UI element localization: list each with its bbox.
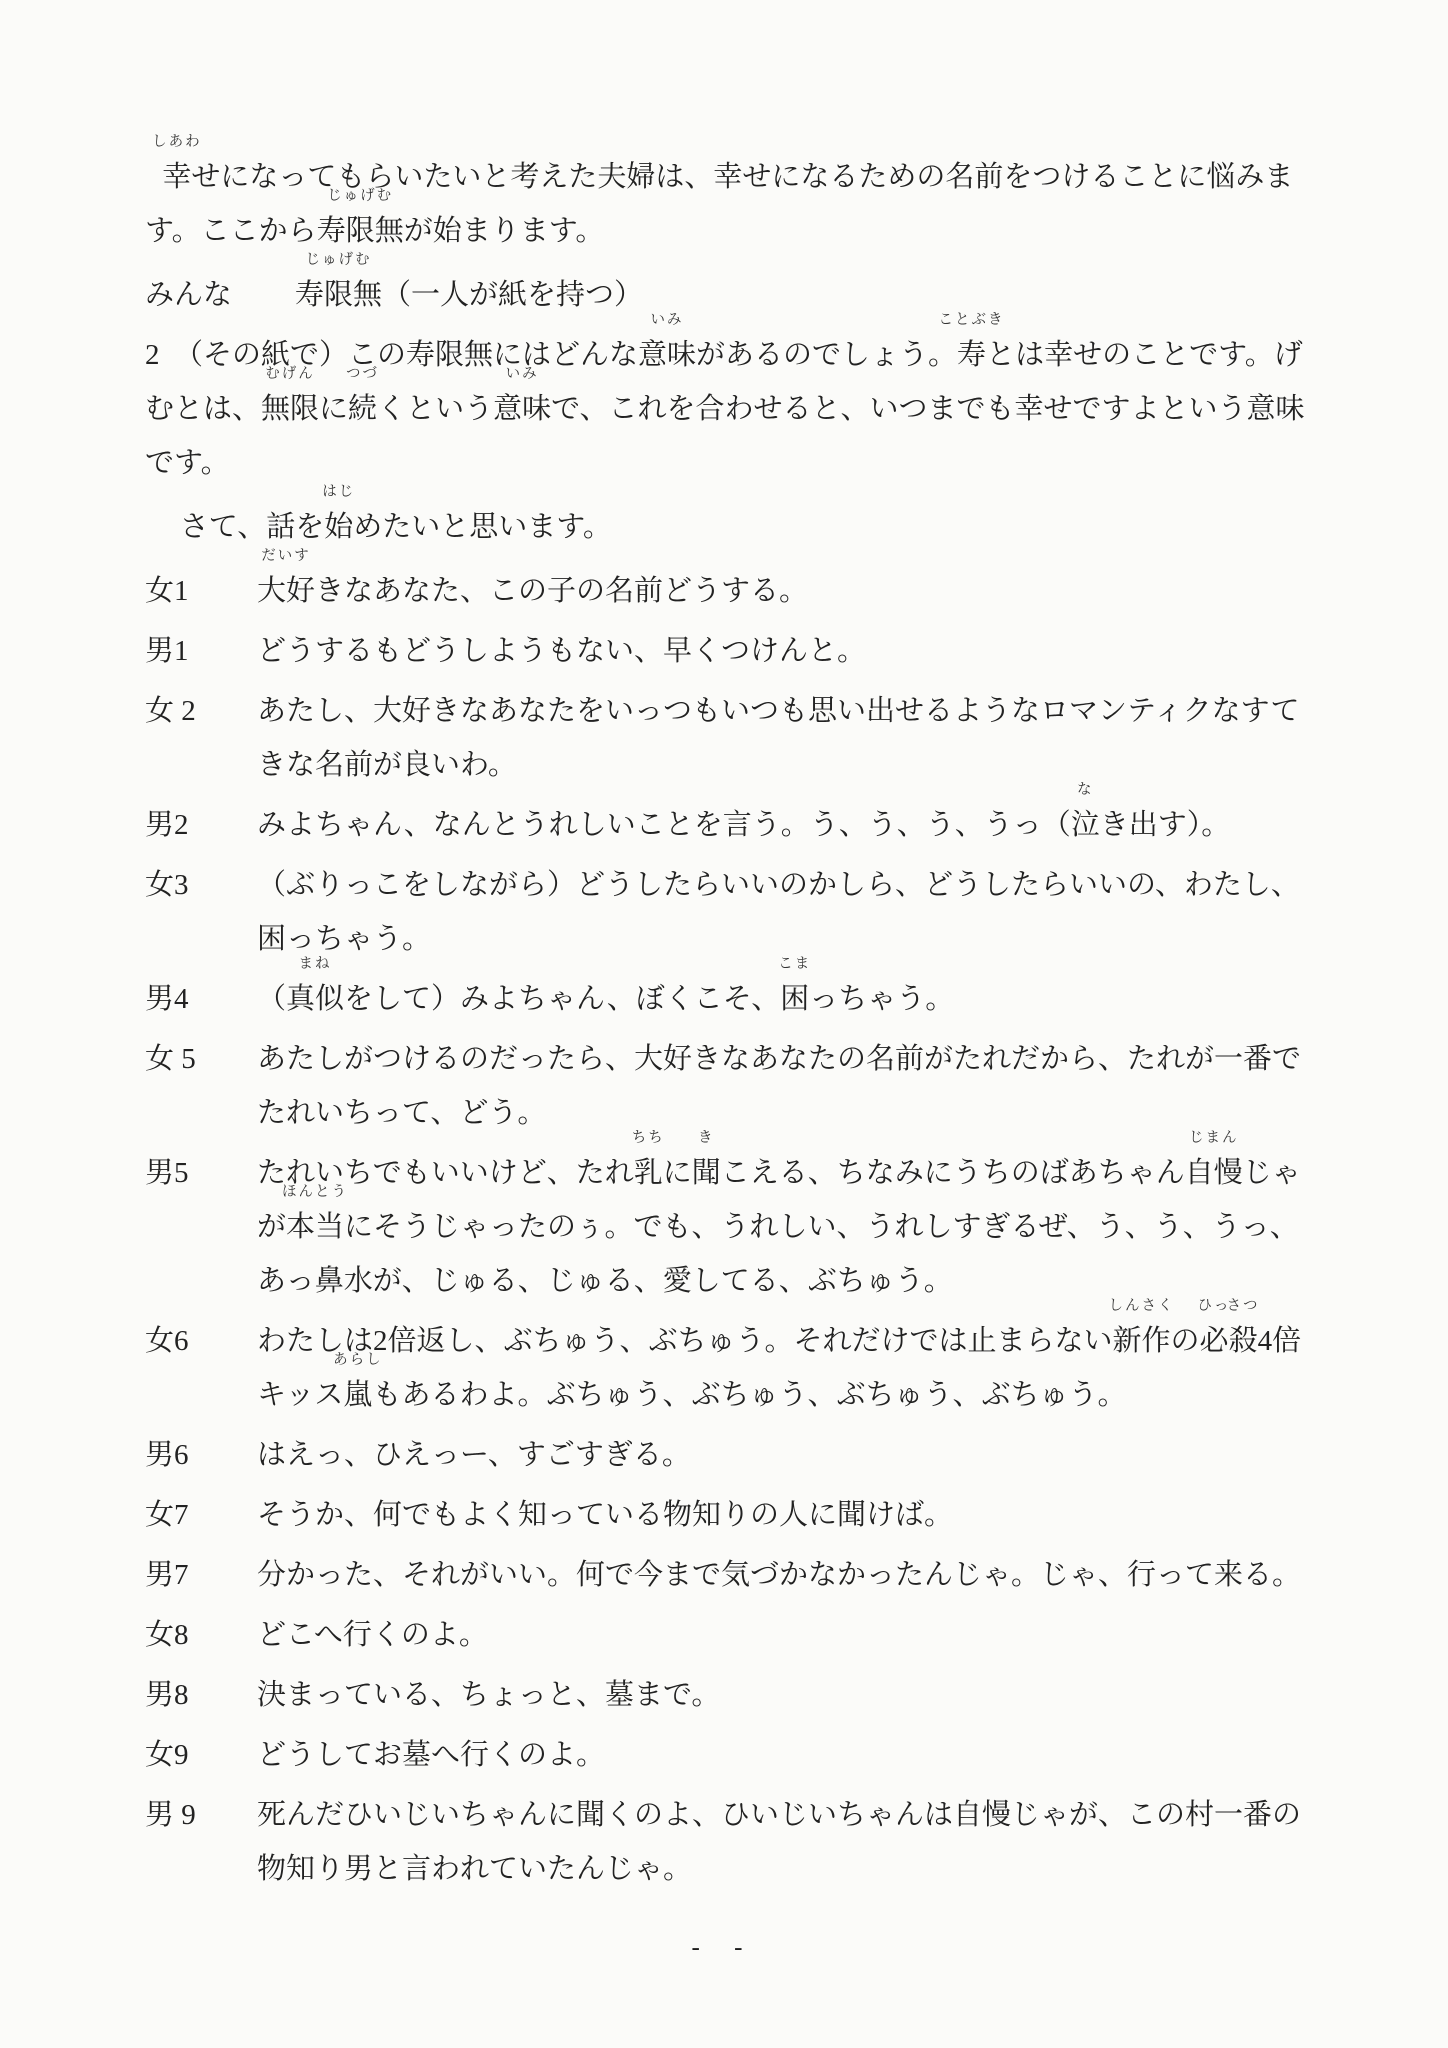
dialogue-text: あたし、大好きなあなたをいっつもいつも思い出せるようなロマンティクなすてきな名前… — [257, 684, 1317, 792]
furigana-term: 始はじ — [324, 500, 353, 554]
dialogue-row: 女1大好だいすきなあなた、この子の名前どうする。 — [145, 564, 1317, 618]
dialogue-text: 分かった、それがいい。何で今まで気づかなかったんじゃ。じゃ、行って来る。 — [257, 1548, 1317, 1602]
dialogue-text: たれいちでもいいけど、たれ乳ちちに聞きこえる、ちなみにうちのばあちゃん自慢じまん… — [257, 1146, 1317, 1308]
speaker-label: 女8 — [145, 1608, 257, 1662]
furigana-term: 泣な — [1071, 798, 1100, 852]
dialogue-text: 寿限無じゅげむ（一人が紙を持つ） — [295, 268, 1317, 322]
dialogue-text: はえっ、ひえっー、すごすぎる。 — [257, 1428, 1317, 1482]
dialogue-row: 男8決まっている、ちょっと、墓まで。 — [145, 1668, 1317, 1722]
dialogue-row: 男1どうするもどうしようもない、早くつけんと。 — [145, 624, 1317, 678]
dialogue-text: どうしてお墓へ行くのよ。 — [257, 1728, 1317, 1782]
dialogue-text: （ぶりっこをしながら）どうしたらいいのかしら、どうしたらいいの、わたし、困っちゃ… — [257, 858, 1317, 966]
paragraph: さて、話を始はじめたいと思います。 — [145, 500, 1317, 554]
document-body: 幸しあわせになってもらいたいと考えた夫婦は、幸せになるための名前をつけることに悩… — [145, 150, 1317, 1902]
dialogue-row: 男2みよちゃん、なんとうれしいことを言う。う、う、う、うっ（泣なき出す）。 — [145, 798, 1317, 852]
furigana-term: 寿限無じゅげむ — [295, 268, 382, 322]
document-page: 幸しあわせになってもらいたいと考えた夫婦は、幸せになるための名前をつけることに悩… — [0, 0, 1448, 2048]
dialogue-row: 男6はえっ、ひえっー、すごすぎる。 — [145, 1428, 1317, 1482]
furigana-term: 聞き — [692, 1146, 721, 1200]
speaker-label: 女6 — [145, 1314, 257, 1422]
speaker-label: 女 2 — [145, 684, 257, 792]
furigana-term: 自慢じまん — [1185, 1146, 1243, 1200]
dialogue-row: 男4（真似まねをして）みよちゃん、ぼくこそ、困こまっちゃう。 — [145, 972, 1317, 1026]
dialogue-row: 女6わたしは2倍返し、ぶちゅう、ぶちゅう。それだけでは止まらない新作しんさくの必… — [145, 1314, 1317, 1422]
dialogue-text: そうか、何でもよく知っている物知りの人に聞けば。 — [257, 1488, 1317, 1542]
furigana-term: 幸しあわ — [162, 150, 191, 204]
furigana-term: 寿ことぶき — [957, 328, 986, 382]
speaker-label: 男5 — [145, 1146, 257, 1308]
furigana-term: 本当ほんとう — [286, 1200, 344, 1254]
speaker-label: 男6 — [145, 1428, 257, 1482]
dialogue-row: 男7分かった、それがいい。何で今まで気づかなかったんじゃ。じゃ、行って来る。 — [145, 1548, 1317, 1602]
speaker-label: 女 5 — [145, 1032, 257, 1140]
dialogue-text: どうするもどうしようもない、早くつけんと。 — [257, 624, 1317, 678]
dialogue-text: 大好だいすきなあなた、この子の名前どうする。 — [257, 564, 1317, 618]
speaker-label: 女9 — [145, 1728, 257, 1782]
dialogue-row: 女9どうしてお墓へ行くのよ。 — [145, 1728, 1317, 1782]
speaker-label: 男7 — [145, 1548, 257, 1602]
speaker-label: 男 9 — [145, 1788, 257, 1896]
speaker-label: 男1 — [145, 624, 257, 678]
speaker-label: 男4 — [145, 972, 257, 1026]
dialogue-row: 女 2あたし、大好きなあなたをいっつもいつも思い出せるようなロマンティクなすてき… — [145, 684, 1317, 792]
furigana-term: 寿限無じゅげむ — [317, 204, 404, 258]
speaker-label: 女7 — [145, 1488, 257, 1542]
speaker-label: 男2 — [145, 798, 257, 852]
dialogue-text: 死んだひいじいちゃんに聞くのよ、ひいじいちゃんは自慢じゃが、この村一番の物知り男… — [257, 1788, 1317, 1896]
dialogue-row: 女3（ぶりっこをしながら）どうしたらいいのかしら、どうしたらいいの、わたし、困っ… — [145, 858, 1317, 966]
dialogue-text: 決まっている、ちょっと、墓まで。 — [257, 1668, 1317, 1722]
paragraph: 幸しあわせになってもらいたいと考えた夫婦は、幸せになるための名前をつけることに悩… — [145, 150, 1317, 258]
dialogue-row: 女8どこへ行くのよ。 — [145, 1608, 1317, 1662]
furigana-term: 続つづ — [348, 382, 377, 436]
furigana-term: 意味いみ — [493, 382, 551, 436]
speaker-label: 女1 — [145, 564, 257, 618]
furigana-term: 無限むげん — [261, 382, 319, 436]
furigana-term: 大好だいす — [257, 564, 315, 618]
page-number: - - — [0, 1934, 1448, 1962]
dialogue-text: わたしは2倍返し、ぶちゅう、ぶちゅう。それだけでは止まらない新作しんさくの必ひっ… — [257, 1314, 1317, 1422]
dialogue-row: 女 5あたしがつけるのだったら、大好きなあなたの名前がたれだから、たれが一番でた… — [145, 1032, 1317, 1140]
furigana-term: 殺さつ — [1229, 1314, 1258, 1368]
furigana-term: 真似まね — [286, 972, 344, 1026]
furigana-term: 嵐あらし — [343, 1368, 372, 1422]
dialogue-text: みよちゃん、なんとうれしいことを言う。う、う、う、うっ（泣なき出す）。 — [257, 798, 1317, 852]
furigana-term: 新作しんさく — [1113, 1314, 1171, 1368]
furigana-term: 困こま — [780, 972, 809, 1026]
dialogue-text: あたしがつけるのだったら、大好きなあなたの名前がたれだから、たれが一番でたれいち… — [257, 1032, 1317, 1140]
speaker-label: 男8 — [145, 1668, 257, 1722]
dialogue-text: どこへ行くのよ。 — [257, 1608, 1317, 1662]
speaker-label: みんな — [145, 268, 295, 322]
speaker-label: 女3 — [145, 858, 257, 966]
furigana-term: 必ひっ — [1200, 1314, 1229, 1368]
dialogue-row: 男5たれいちでもいいけど、たれ乳ちちに聞きこえる、ちなみにうちのばあちゃん自慢じ… — [145, 1146, 1317, 1308]
dialogue-row: 男 9死んだひいじいちゃんに聞くのよ、ひいじいちゃんは自慢じゃが、この村一番の物… — [145, 1788, 1317, 1896]
paragraph: 2 （その紙で）この寿限無にはどんな意味いみがあるのでしょう。寿ことぶきとは幸せ… — [145, 328, 1317, 490]
dialogue-row: 女7そうか、何でもよく知っている物知りの人に聞けば。 — [145, 1488, 1317, 1542]
dialogue-text: （真似まねをして）みよちゃん、ぼくこそ、困こまっちゃう。 — [257, 972, 1317, 1026]
dialogue-row: みんな寿限無じゅげむ（一人が紙を持つ） — [145, 268, 1317, 322]
furigana-term: 意味いみ — [638, 328, 696, 382]
furigana-term: 乳ちち — [634, 1146, 663, 1200]
